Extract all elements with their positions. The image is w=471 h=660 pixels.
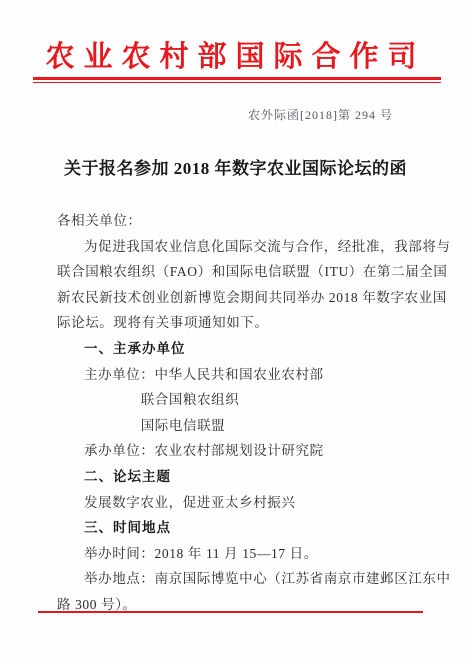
document-reference-number: 农外际函[2018]第 294 号 <box>0 106 471 123</box>
letterhead-divider-line <box>33 77 441 83</box>
document-body: 各相关单位： 为促进我国农业信息化国际交流与合作，经批准，我部将与 联合国粮农组… <box>57 208 421 618</box>
paragraph-line: 联合国粮农组织（FAO）和国际电信联盟（ITU）在第二届全国 <box>57 259 421 285</box>
host-unit-line: 联合国粮农组织 <box>57 387 421 413</box>
section-heading-organizers: 一、主承办单位 <box>57 336 421 362</box>
salutation-line: 各相关单位： <box>57 208 421 234</box>
paragraph-line: 际论坛。现将有关事项通知如下。 <box>57 310 421 336</box>
undertaker-unit-line: 承办单位：农业农村部规划设计研究院 <box>57 438 421 464</box>
host-unit-line: 国际电信联盟 <box>57 413 421 439</box>
paragraph-line: 为促进我国农业信息化国际交流与合作，经批准，我部将与 <box>57 234 421 260</box>
section-heading-time-place: 三、时间地点 <box>57 515 421 541</box>
letterhead-org-title: 农业农村部国际合作司 <box>0 0 471 72</box>
event-place-line: 路 300 号）。 <box>57 592 421 618</box>
official-letter-page: 农业农村部国际合作司 农外际函[2018]第 294 号 关于报名参加 2018… <box>0 0 471 660</box>
forum-theme-line: 发展数字农业，促进亚太乡村振兴 <box>57 490 421 516</box>
paragraph-line: 新农民新技术创业创新博览会期间共同举办 2018 年数字农业国 <box>57 285 421 311</box>
event-place-line: 举办地点：南京国际博览中心（江苏省南京市建邺区江东中 <box>57 566 421 592</box>
footer-divider-line <box>38 611 423 613</box>
section-heading-theme: 二、论坛主题 <box>57 464 421 490</box>
host-unit-line: 主办单位：中华人民共和国农业农村部 <box>57 362 421 388</box>
document-title: 关于报名参加 2018 年数字农业国际论坛的函 <box>0 158 471 180</box>
event-time-line: 举办时间：2018 年 11 月 15—17 日。 <box>57 541 421 567</box>
